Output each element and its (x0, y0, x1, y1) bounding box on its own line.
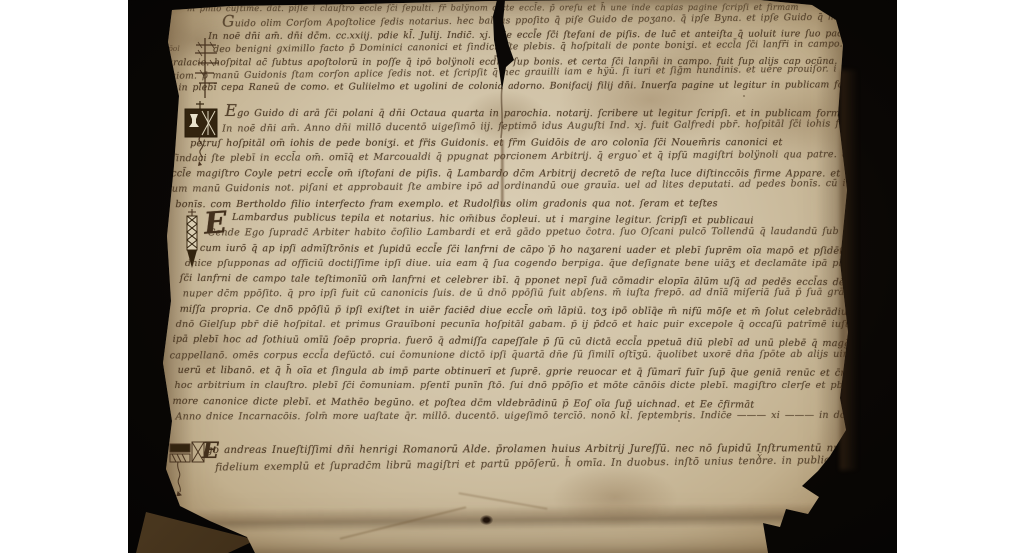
manuscript-line: in plebī cepa Raneū de como. et Guliielm… (179, 79, 897, 96)
ink-speck (328, 175, 330, 177)
ink-speck (678, 420, 680, 422)
margin-scribble: ſm̄ (164, 82, 174, 91)
ink-stain-spot (480, 515, 493, 525)
manuscript-line: Cende Ego ſupradc̄ Arbiter habito c̄oſil… (208, 224, 897, 241)
manuscript-line: dnō Gielſup pbr̄ diē hoſpital. et primus… (176, 317, 897, 332)
ink-speck (288, 305, 290, 307)
manuscript-line: cappellanō. omēs corpus eccl̄a defūctō. … (170, 346, 897, 363)
manuscript-line: dnice pſupponas ad officiū doctiſſime ip… (185, 256, 897, 271)
parchment-tear (486, 0, 520, 140)
text-block-subscription: go andreas Inueſtiſſimi dn̄i henrigi Rom… (211, 438, 897, 477)
ink-speck (573, 60, 575, 62)
ink-speck (638, 150, 640, 152)
ink-speck (743, 95, 745, 97)
ink-speck (458, 335, 460, 337)
manuscript-line: Anno dnice Incarnacōis. ſolm̄ more uaſta… (175, 407, 897, 424)
manuscript-line: nuper dc̄m ppōſito. q̄ pro ipſi fuit cū … (183, 285, 897, 302)
ink-speck (548, 245, 550, 247)
curled-edge-shadow (840, 70, 858, 470)
text-block-arbiter: Lambardus publicus tepila et notarius. h… (227, 210, 897, 426)
text-block-second: Ego Guido di arā ſc̄i polani q̄ dn̄i Oct… (222, 100, 897, 211)
tear-crease-extension (501, 140, 503, 202)
manuscript-line: hoc arbitrium in clauſtro. plebī ſc̄i c̄… (175, 378, 897, 393)
photograph-background: E E p̄ol lp̄ t ſm̄ x̄ m pm̄lo cuſtime. d… (128, 0, 897, 553)
screenshot-root: E E p̄ol lp̄ t ſm̄ x̄ m pm̄lo cuſtime. d… (0, 0, 1024, 553)
text-block-opening: m pm̄lo cuſtime. dat. piſle i clauſtro e… (212, 0, 897, 95)
margin-scribble: lp̄ t (161, 62, 174, 71)
margin-scribble: p̄ol (168, 44, 180, 53)
